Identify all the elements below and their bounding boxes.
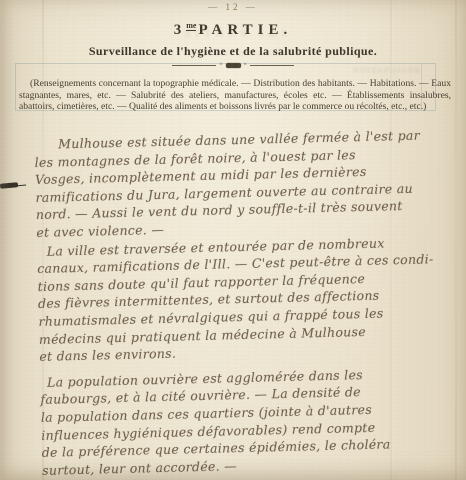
part-number: 3 — [174, 22, 187, 38]
part-heading: 3mePARTIE. — [0, 21, 466, 39]
scanned-document-page: 3me PARTIE Service des vaccinations DESI… — [0, 0, 466, 480]
section-title: Surveillance de l'hygiène et de la salub… — [0, 44, 466, 59]
handwritten-paragraph: La ville est traversée et entourée par d… — [37, 233, 460, 366]
margin-ink-mark — [0, 182, 18, 189]
printed-notice-paragraph: (Renseignements concernant la topographi… — [19, 78, 451, 113]
part-superscript: me — [186, 21, 196, 31]
page-number: — 12 — — [0, 2, 466, 12]
divider-ornament-icon: × × — [0, 62, 466, 68]
handwritten-paragraph: La population ouvrière est agglomérée da… — [40, 364, 462, 480]
handwritten-text: Mulhouse est située dans une vallée ferm… — [34, 127, 462, 480]
part-title: PARTIE. — [198, 22, 292, 38]
handwritten-paragraph: Mulhouse est située dans une vallée ferm… — [34, 127, 456, 243]
